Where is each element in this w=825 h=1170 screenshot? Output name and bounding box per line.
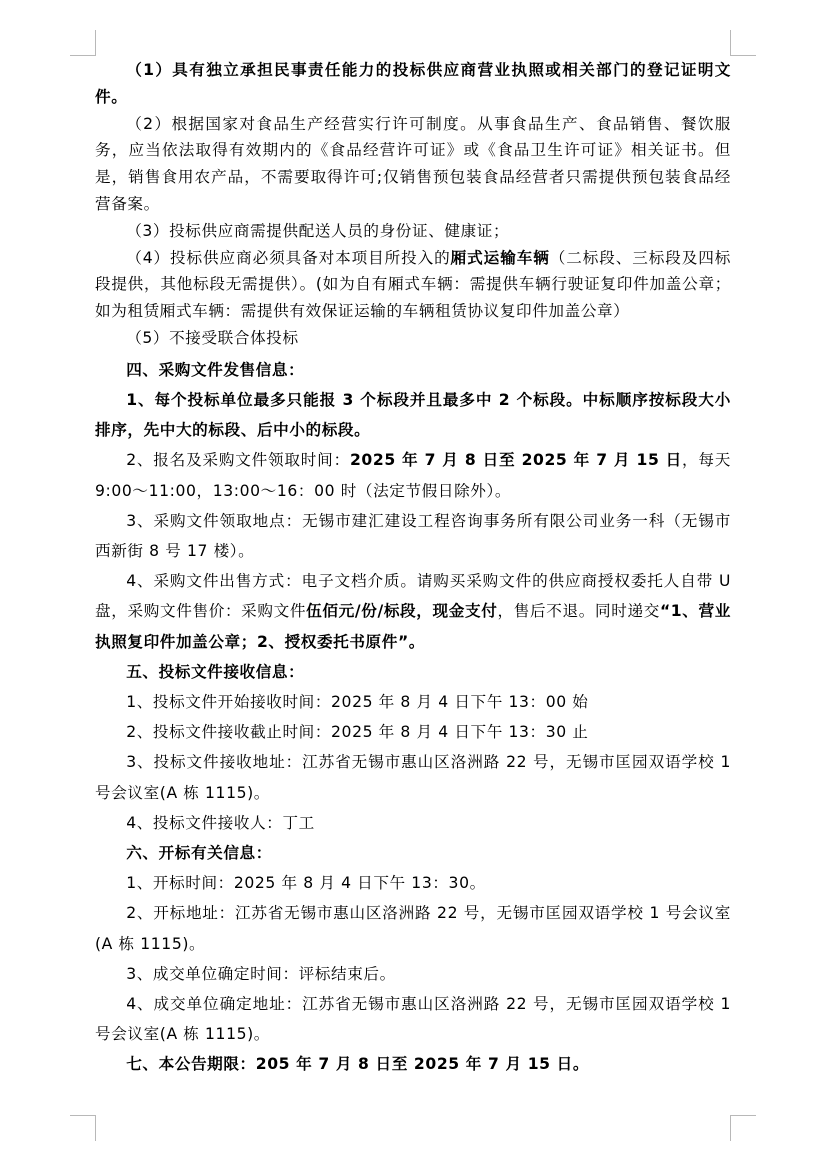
page-corner-mark-top-left: [70, 30, 96, 56]
section-4-item-4: 4、采购文件出售方式：电子文档介质。请购买采购文件的供应商授权委托人自带 U 盘…: [95, 566, 731, 657]
document-sections: 四、采购文件发售信息： 1、每个投标单位最多只能报 3 个标段并且最多中 2 个…: [95, 355, 731, 1080]
section-7-heading: 七、本公告期限：205 年 7 月 8 日至 2025 年 7 月 15 日。: [95, 1049, 731, 1079]
section-6-heading: 六、开标有关信息：: [95, 838, 731, 868]
section-5-item-3: 3、投标文件接收地址：江苏省无锡市惠山区洛洲路 22 号，无锡市匡园双语学校 1…: [95, 747, 731, 807]
section-4-item-3: 3、采购文件领取地点：无锡市建汇建设工程咨询事务所有限公司业务一科（无锡市西新街…: [95, 506, 731, 566]
qualifications-list: （1）具有独立承担民事责任能力的投标供应商营业执照或相关部门的登记证明文件。 （…: [95, 57, 731, 352]
qualification-item-4: （4）投标供应商必须具备对本项目所投入的厢式运输车辆（二标段、三标段及四标段提供…: [95, 245, 731, 325]
page-corner-mark-top-right: [730, 30, 756, 56]
section-5-item-4: 4、投标文件接收人：丁工: [95, 808, 731, 838]
qualification-item-1: （1）具有独立承担民事责任能力的投标供应商营业执照或相关部门的登记证明文件。: [95, 57, 731, 111]
section-5-item-1: 1、投标文件开始接收时间：2025 年 8 月 4 日下午 13：00 始: [95, 687, 731, 717]
qualification-item-2: （2）根据国家对食品生产经营实行许可制度。从事食品生产、食品销售、餐饮服务，应当…: [95, 111, 731, 218]
qualification-item-4-text: （4）投标供应商必须具备对本项目所投入的: [126, 249, 450, 267]
section-4-item-2-dates: 2025 年 7 月 8 日至 2025 年 7 月 15 日: [350, 451, 682, 469]
section-5-heading: 五、投标文件接收信息：: [95, 657, 731, 687]
section-4-item-4-price: 伍佰元/份/标段，现金支付: [306, 602, 497, 620]
section-5-item-2: 2、投标文件接收截止时间：2025 年 8 月 4 日下午 13：30 止: [95, 717, 731, 747]
section-6-item-4: 4、成交单位确定地址：江苏省无锡市惠山区洛洲路 22 号，无锡市匡园双语学校 1…: [95, 989, 731, 1049]
section-4-item-1: 1、每个投标单位最多只能报 3 个标段并且最多中 2 个标段。中标顺序按标段大小…: [95, 385, 731, 445]
section-4-item-2: 2、报名及采购文件领取时间：2025 年 7 月 8 日至 2025 年 7 月…: [95, 445, 731, 505]
page-corner-mark-bottom-left: [70, 1115, 96, 1141]
section-6-item-2: 2、开标地址：江苏省无锡市惠山区洛洲路 22 号，无锡市匡园双语学校 1 号会议…: [95, 898, 731, 958]
section-6-item-3: 3、成交单位确定时间：评标结束后。: [95, 959, 731, 989]
section-4-item-4-mid: ，售后不退。同时递交: [498, 602, 660, 620]
qualification-item-5: （5）不接受联合体投标: [95, 325, 731, 352]
section-6-item-1: 1、开标时间：2025 年 8 月 4 日下午 13：30。: [95, 868, 731, 898]
qualification-item-3: （3）投标供应商需提供配送人员的身份证、健康证；: [95, 218, 731, 245]
page-corner-mark-bottom-right: [730, 1115, 756, 1141]
document-page: （1）具有独立承担民事责任能力的投标供应商营业执照或相关部门的登记证明文件。 （…: [95, 57, 731, 1080]
section-4-item-2-label: 2、报名及采购文件领取时间：: [126, 451, 350, 469]
qualification-item-4-bold: 厢式运输车辆: [451, 249, 550, 267]
section-4-heading: 四、采购文件发售信息：: [95, 355, 731, 385]
